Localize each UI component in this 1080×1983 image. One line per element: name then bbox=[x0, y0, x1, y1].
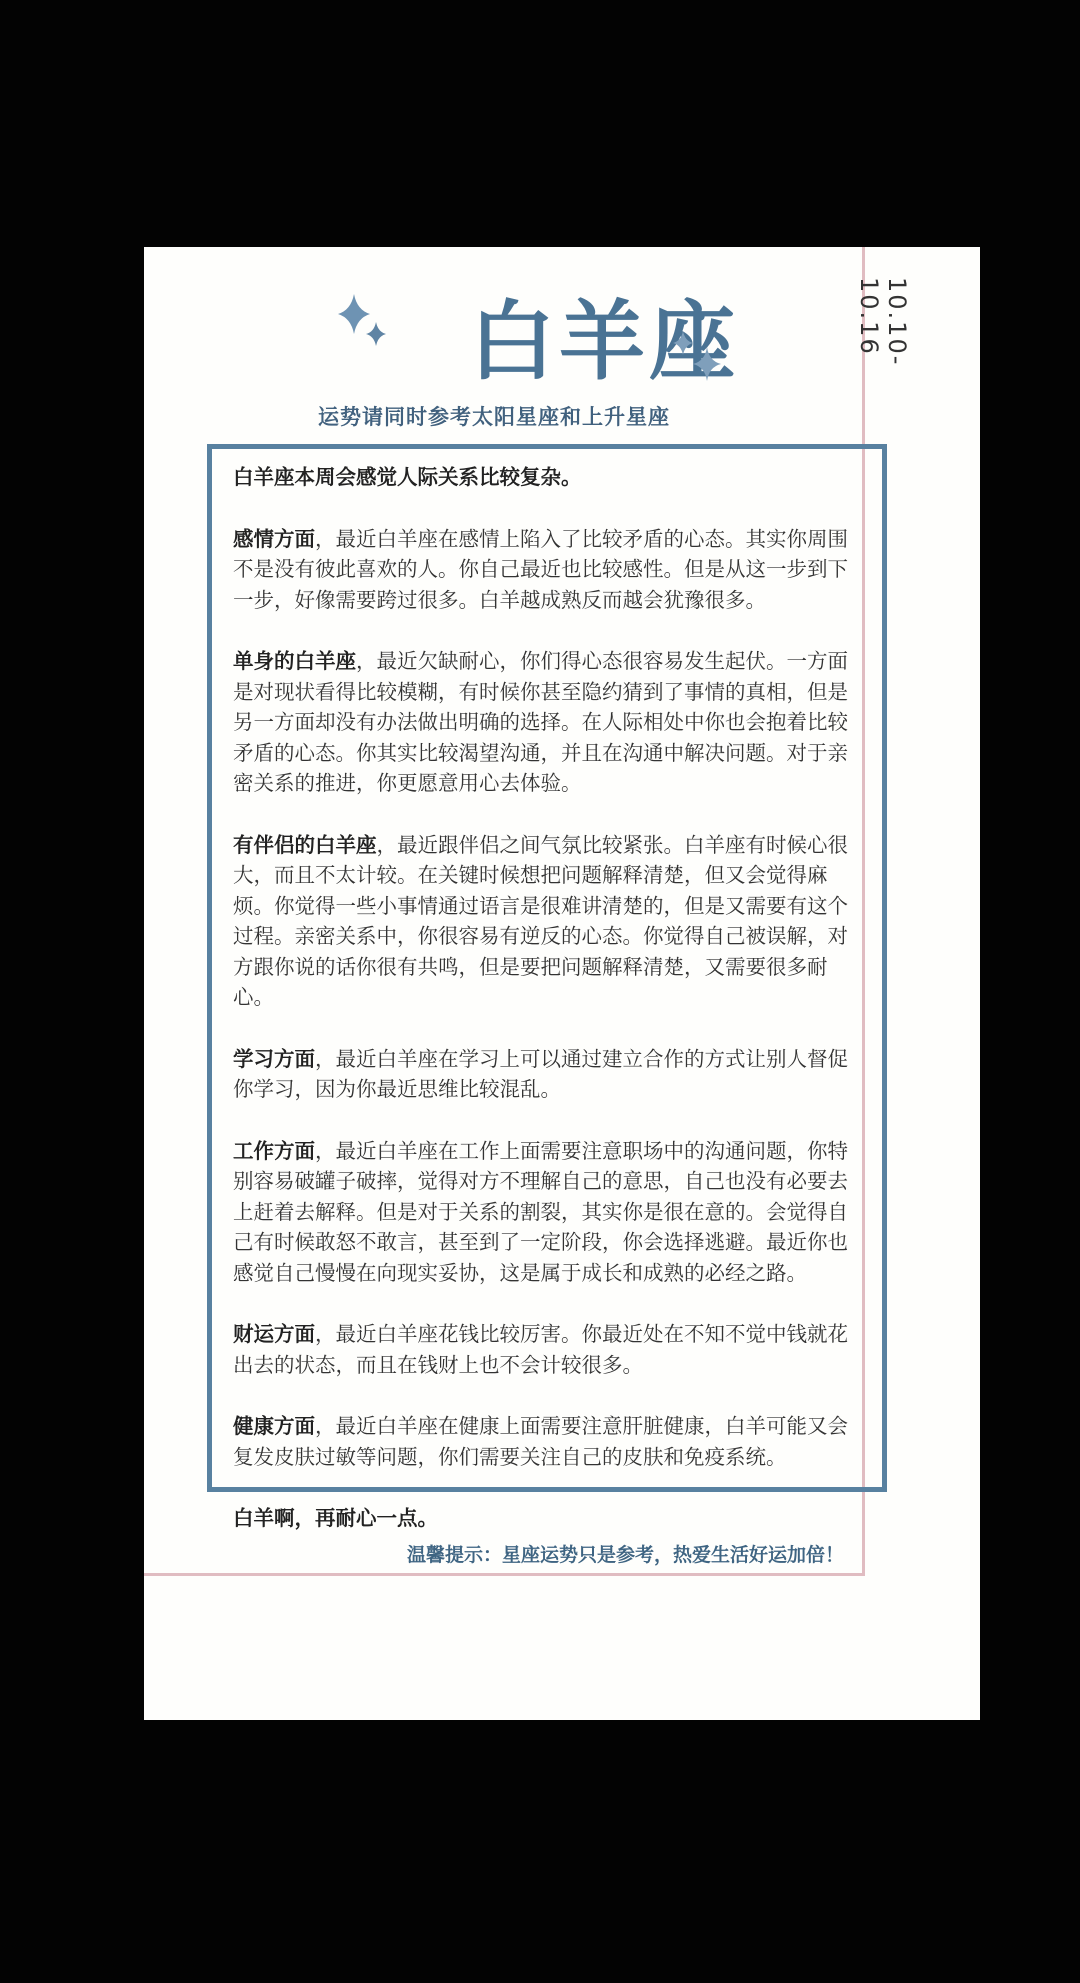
frame-line-horizontal bbox=[144, 1573, 865, 1576]
section-health: 健康方面，最近白羊座在健康上面需要注意肝脏健康，白羊可能又会复发皮肤过敏等问题，… bbox=[233, 1411, 863, 1472]
closing: 白羊啊，再耐心一点。 bbox=[233, 1503, 863, 1534]
section-study: 学习方面，最近白羊座在学习上可以通过建立合作的方式让别人督促你学习，因为你最近思… bbox=[233, 1044, 863, 1105]
subtitle: 运势请同时参考太阳星座和上升星座 bbox=[284, 401, 704, 431]
section-love: 感情方面，最近白羊座在感情上陷入了比较矛盾的心态。其实你周围不是没有彼此喜欢的人… bbox=[233, 524, 863, 616]
section-wealth: 财运方面，最近白羊座花钱比较厉害。你最近处在不知不觉中钱就花出去的状态，而且在钱… bbox=[233, 1319, 863, 1380]
section-partnered: 有伴侣的白羊座，最近跟伴侣之间气氛比较紧张。白羊座有时候心很大，而且不太计较。在… bbox=[233, 830, 863, 1013]
date-range: 10.10-10.16 bbox=[871, 277, 911, 437]
horoscope-card: 白羊座 运势请同时参考太阳星座和上升星座 10.10-10.16 白羊座本周会感… bbox=[144, 247, 980, 1720]
section-single: 单身的白羊座，最近欠缺耐心，你们得心态很容易发生起伏。一方面是对现状看得比较模糊… bbox=[233, 646, 863, 799]
sparkle-icon-right bbox=[669, 329, 729, 389]
page-title: 白羊座 bbox=[404, 292, 804, 392]
content-body: 白羊座本周会感觉人际关系比较复杂。 感情方面，最近白羊座在感情上陷入了比较矛盾的… bbox=[233, 462, 863, 1565]
intro: 白羊座本周会感觉人际关系比较复杂。 bbox=[233, 462, 863, 493]
sparkle-icon-left bbox=[334, 292, 394, 352]
footer-tip: 温馨提示：星座运势只是参考，热爱生活好运加倍！ bbox=[144, 1540, 844, 1567]
section-work: 工作方面，最近白羊座在工作上面需要注意职场中的沟通问题，你特别容易破罐子破摔，觉… bbox=[233, 1136, 863, 1289]
